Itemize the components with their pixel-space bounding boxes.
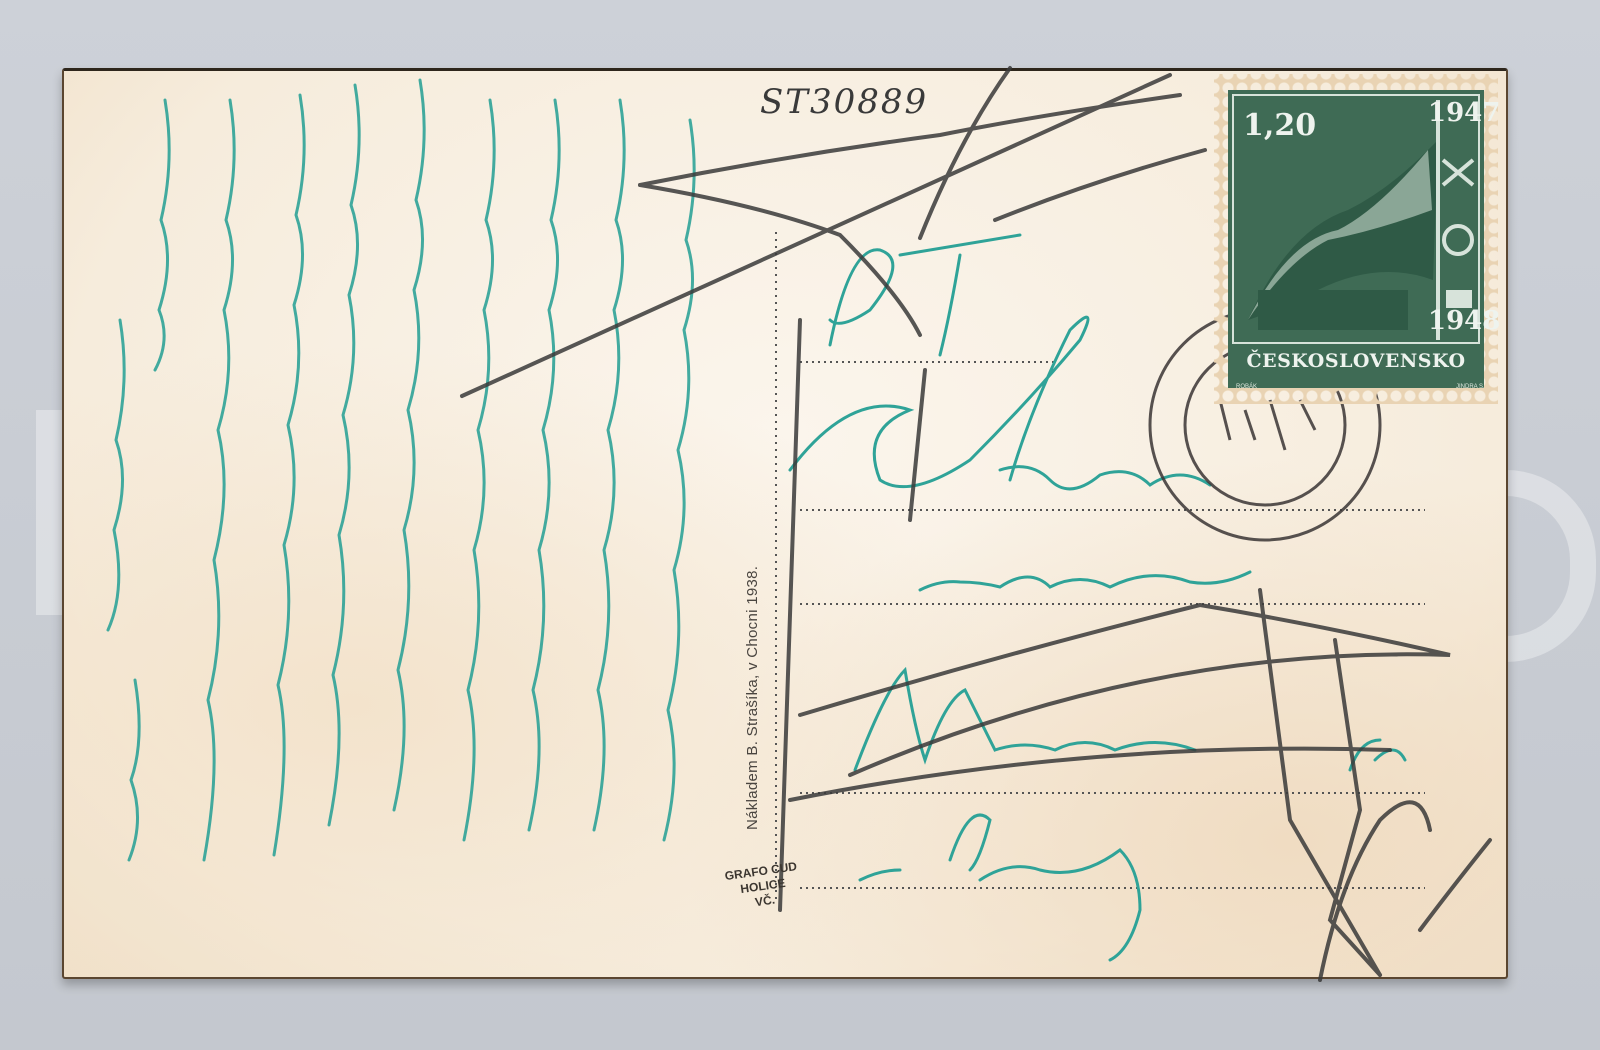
stamp-year-top: 1947: [1428, 98, 1500, 128]
stamp-year-bottom: 1948: [1428, 306, 1500, 336]
address-lines: [800, 362, 1425, 888]
inventory-reference: ST30889: [760, 82, 928, 122]
stamp-engraver-left: ROBÁK: [1236, 384, 1257, 390]
stamp-engraver-right: JINDRA S.: [1456, 384, 1485, 390]
publisher-imprint: Nákladem B. Strašíka, v Chocni 1938.: [744, 566, 761, 830]
stamp-country: ČESKOSLOVENSKO: [1232, 350, 1480, 372]
stamp-value: 1,20: [1243, 108, 1316, 143]
message-handwriting: [108, 80, 694, 860]
